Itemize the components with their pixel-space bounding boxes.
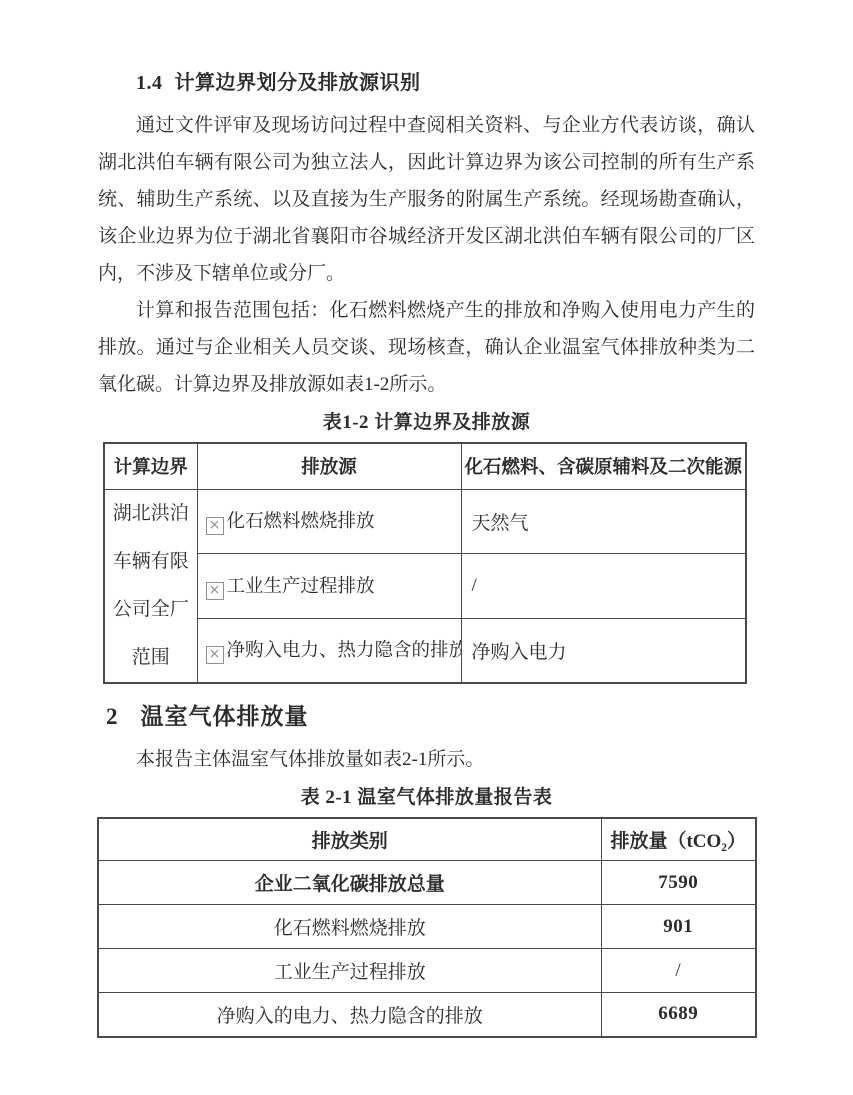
fuel-type-cell: 天然气 bbox=[461, 489, 746, 554]
emission-amount-cell: / bbox=[601, 949, 756, 993]
table-1-2-header-boundary: 计算边界 bbox=[104, 443, 197, 489]
section-1-4-number: 1.4 bbox=[136, 72, 163, 94]
boundary-scope-cell: 湖北洪泊 车辆有限 公司全厂 范围 bbox=[104, 489, 197, 683]
fuel-type-cell: 净购入电力 bbox=[461, 618, 746, 683]
emission-source-cell: ×净购入电力、热力隐含的排放 bbox=[197, 618, 461, 683]
section-2-heading: 2温室气体排放量 bbox=[106, 698, 755, 731]
paragraph-scope-description: 计算和报告范围包括：化石燃料燃烧产生的排放和净购入使用电力产生的排放。通过与企业… bbox=[98, 292, 755, 403]
emission-source-cell: ×工业生产过程排放 bbox=[197, 554, 461, 619]
emission-source-label: 化石燃料燃烧排放 bbox=[227, 512, 375, 532]
table-1-2-header-row: 计算边界 排放源 化石燃料、含碳原辅料及二次能源 bbox=[104, 443, 746, 489]
emission-amount-cell: 901 bbox=[601, 905, 756, 949]
table-row: ×净购入电力、热力隐含的排放 净购入电力 bbox=[104, 618, 746, 683]
section-1-4-heading: 1.4计算边界划分及排放源识别 bbox=[136, 66, 755, 95]
checked-checkbox-icon: × bbox=[206, 582, 224, 600]
fuel-type-cell: / bbox=[461, 554, 746, 619]
emission-amount-cell: 6689 bbox=[601, 993, 756, 1037]
paragraph-boundary-description: 通过文件评审及现场访问过程中查阅相关资料、与企业方代表访谈，确认湖北洪伯车辆有限… bbox=[98, 107, 755, 292]
emission-category-cell: 化石燃料燃烧排放 bbox=[98, 905, 601, 949]
table-2-1-header-row: 排放类别 排放量（tCO₂） bbox=[98, 818, 756, 861]
table-2-1: 排放类别 排放量（tCO₂） 企业二氧化碳排放总量 7590 化石燃料燃烧排放 … bbox=[97, 817, 757, 1038]
emission-source-label: 工业生产过程排放 bbox=[227, 577, 375, 597]
emission-category-cell: 工业生产过程排放 bbox=[98, 949, 601, 993]
emission-category-cell: 净购入的电力、热力隐含的排放 bbox=[98, 993, 601, 1037]
table-row: 净购入的电力、热力隐含的排放 6689 bbox=[98, 993, 756, 1037]
table-1-2-caption: 表1-2 计算边界及排放源 bbox=[98, 407, 755, 434]
checked-checkbox-icon: × bbox=[206, 517, 224, 535]
section-2-number: 2 bbox=[106, 704, 119, 729]
table-row: 企业二氧化碳排放总量 7590 bbox=[98, 861, 756, 905]
table-row: 湖北洪泊 车辆有限 公司全厂 范围 ×化石燃料燃烧排放 天然气 bbox=[104, 489, 746, 554]
emission-source-label: 净购入电力、热力隐含的排放 bbox=[227, 641, 462, 661]
emission-amount-cell: 7590 bbox=[601, 861, 756, 905]
section-2-title: 温室气体排放量 bbox=[141, 704, 309, 729]
emission-category-cell: 企业二氧化碳排放总量 bbox=[98, 861, 601, 905]
checked-checkbox-icon: × bbox=[206, 646, 224, 664]
section-1-4-title: 计算边界划分及排放源识别 bbox=[175, 72, 421, 94]
table-row: 工业生产过程排放 / bbox=[98, 949, 756, 993]
table-2-1-caption: 表 2-1 温室气体排放量报告表 bbox=[98, 782, 755, 809]
paragraph-emission-intro: 本报告主体温室气体排放量如表2-1所示。 bbox=[98, 741, 755, 778]
emission-source-cell: ×化石燃料燃烧排放 bbox=[197, 489, 461, 554]
table-2-1-header-category: 排放类别 bbox=[98, 818, 601, 861]
table-row: ×工业生产过程排放 / bbox=[104, 554, 746, 619]
table-row: 化石燃料燃烧排放 901 bbox=[98, 905, 756, 949]
document-page: 1.4计算边界划分及排放源识别 通过文件评审及现场访问过程中查阅相关资料、与企业… bbox=[0, 0, 853, 1095]
table-1-2-header-fuel: 化石燃料、含碳原辅料及二次能源 bbox=[461, 443, 746, 489]
table-1-2-header-source: 排放源 bbox=[197, 443, 461, 489]
table-2-1-header-amount: 排放量（tCO₂） bbox=[601, 818, 756, 861]
table-1-2: 计算边界 排放源 化石燃料、含碳原辅料及二次能源 湖北洪泊 车辆有限 公司全厂 … bbox=[103, 442, 747, 684]
